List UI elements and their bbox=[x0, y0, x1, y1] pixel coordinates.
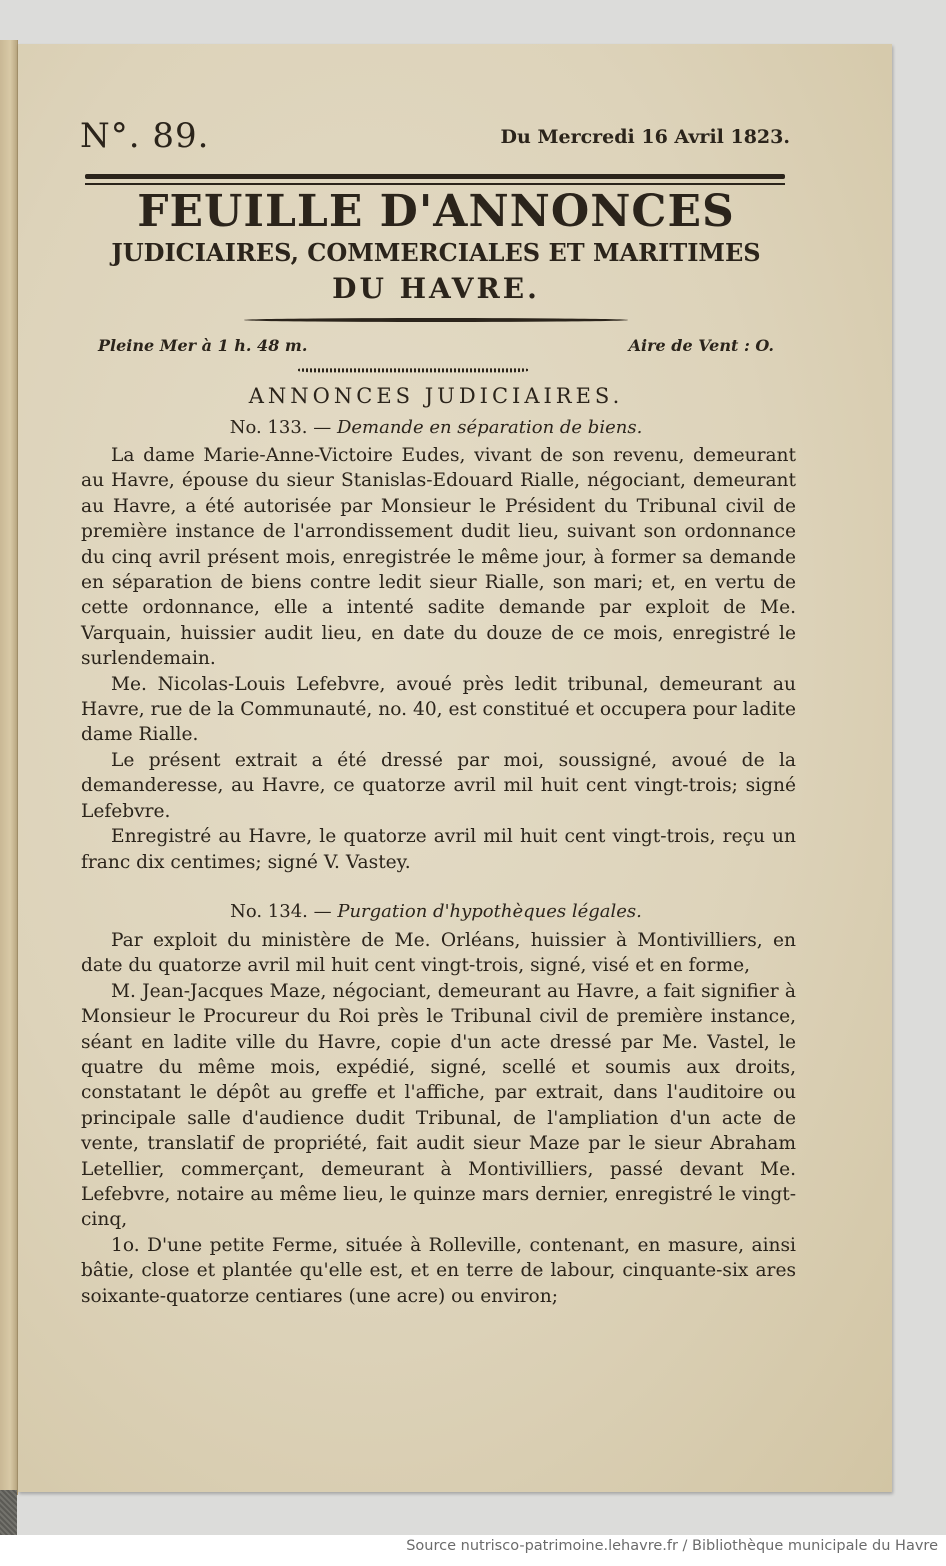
article-paragraph: La dame Marie-Anne-Victoire Eudes, vivan… bbox=[81, 443, 796, 672]
article-paragraph: Par exploit du ministère de Me. Orléans,… bbox=[81, 928, 796, 979]
article-heading-134: No. 134. — Purgation d'hypothèques légal… bbox=[76, 901, 796, 922]
section-title: ANNONCES JUDICIAIRES. bbox=[76, 384, 796, 408]
masthead-rule-thin bbox=[85, 183, 785, 185]
high-tide-info: Pleine Mer à 1 h. 48 m. bbox=[98, 336, 307, 355]
article-paragraph: 1o. D'une petite Ferme, située à Rollevi… bbox=[81, 1233, 796, 1309]
newspaper-page: N°. 89. Du Mercredi 16 Avril 1823. FEUIL… bbox=[18, 44, 892, 1492]
book-binding-edge bbox=[0, 40, 18, 1495]
ornamental-wavy-rule bbox=[298, 366, 528, 374]
article-title: Demande en séparation de biens. bbox=[337, 417, 642, 438]
article-body-134: Par exploit du ministère de Me. Orléans,… bbox=[81, 928, 796, 1309]
article-number: No. 133. — bbox=[230, 417, 332, 438]
masthead-top: N°. 89. Du Mercredi 16 Avril 1823. bbox=[80, 116, 790, 166]
issue-date: Du Mercredi 16 Avril 1823. bbox=[501, 126, 790, 148]
article-paragraph: M. Jean-Jacques Maze, négociant, demeura… bbox=[81, 979, 796, 1233]
title-rule bbox=[244, 318, 628, 322]
article-paragraph: Le présent extrait a été dressé par moi,… bbox=[81, 748, 796, 824]
article-number: No. 134. — bbox=[230, 901, 332, 922]
article-heading-133: No. 133. — Demande en séparation de bien… bbox=[76, 417, 796, 438]
article-paragraph: Me. Nicolas-Louis Lefebvre, avoué près l… bbox=[81, 672, 796, 748]
binding-cloth bbox=[0, 1490, 17, 1535]
tide-wind-line: Pleine Mer à 1 h. 48 m. Aire de Vent : O… bbox=[98, 336, 774, 362]
masthead-rule-thick bbox=[85, 174, 785, 179]
source-caption: Source nutrisco-patrimoine.lehavre.fr / … bbox=[406, 1538, 938, 1554]
newspaper-city: DU HAVRE. bbox=[76, 272, 796, 306]
wind-direction-info: Aire de Vent : O. bbox=[629, 336, 774, 355]
newspaper-title: FEUILLE D'ANNONCES bbox=[76, 186, 796, 238]
article-body-133: La dame Marie-Anne-Victoire Eudes, vivan… bbox=[81, 443, 796, 875]
newspaper-subtitle: JUDICIAIRES, COMMERCIALES ET MARITIMES bbox=[76, 238, 796, 268]
issue-number: N°. 89. bbox=[80, 116, 209, 156]
article-paragraph: Enregistré au Havre, le quatorze avril m… bbox=[81, 824, 796, 875]
article-title: Purgation d'hypothèques légales. bbox=[337, 901, 642, 922]
